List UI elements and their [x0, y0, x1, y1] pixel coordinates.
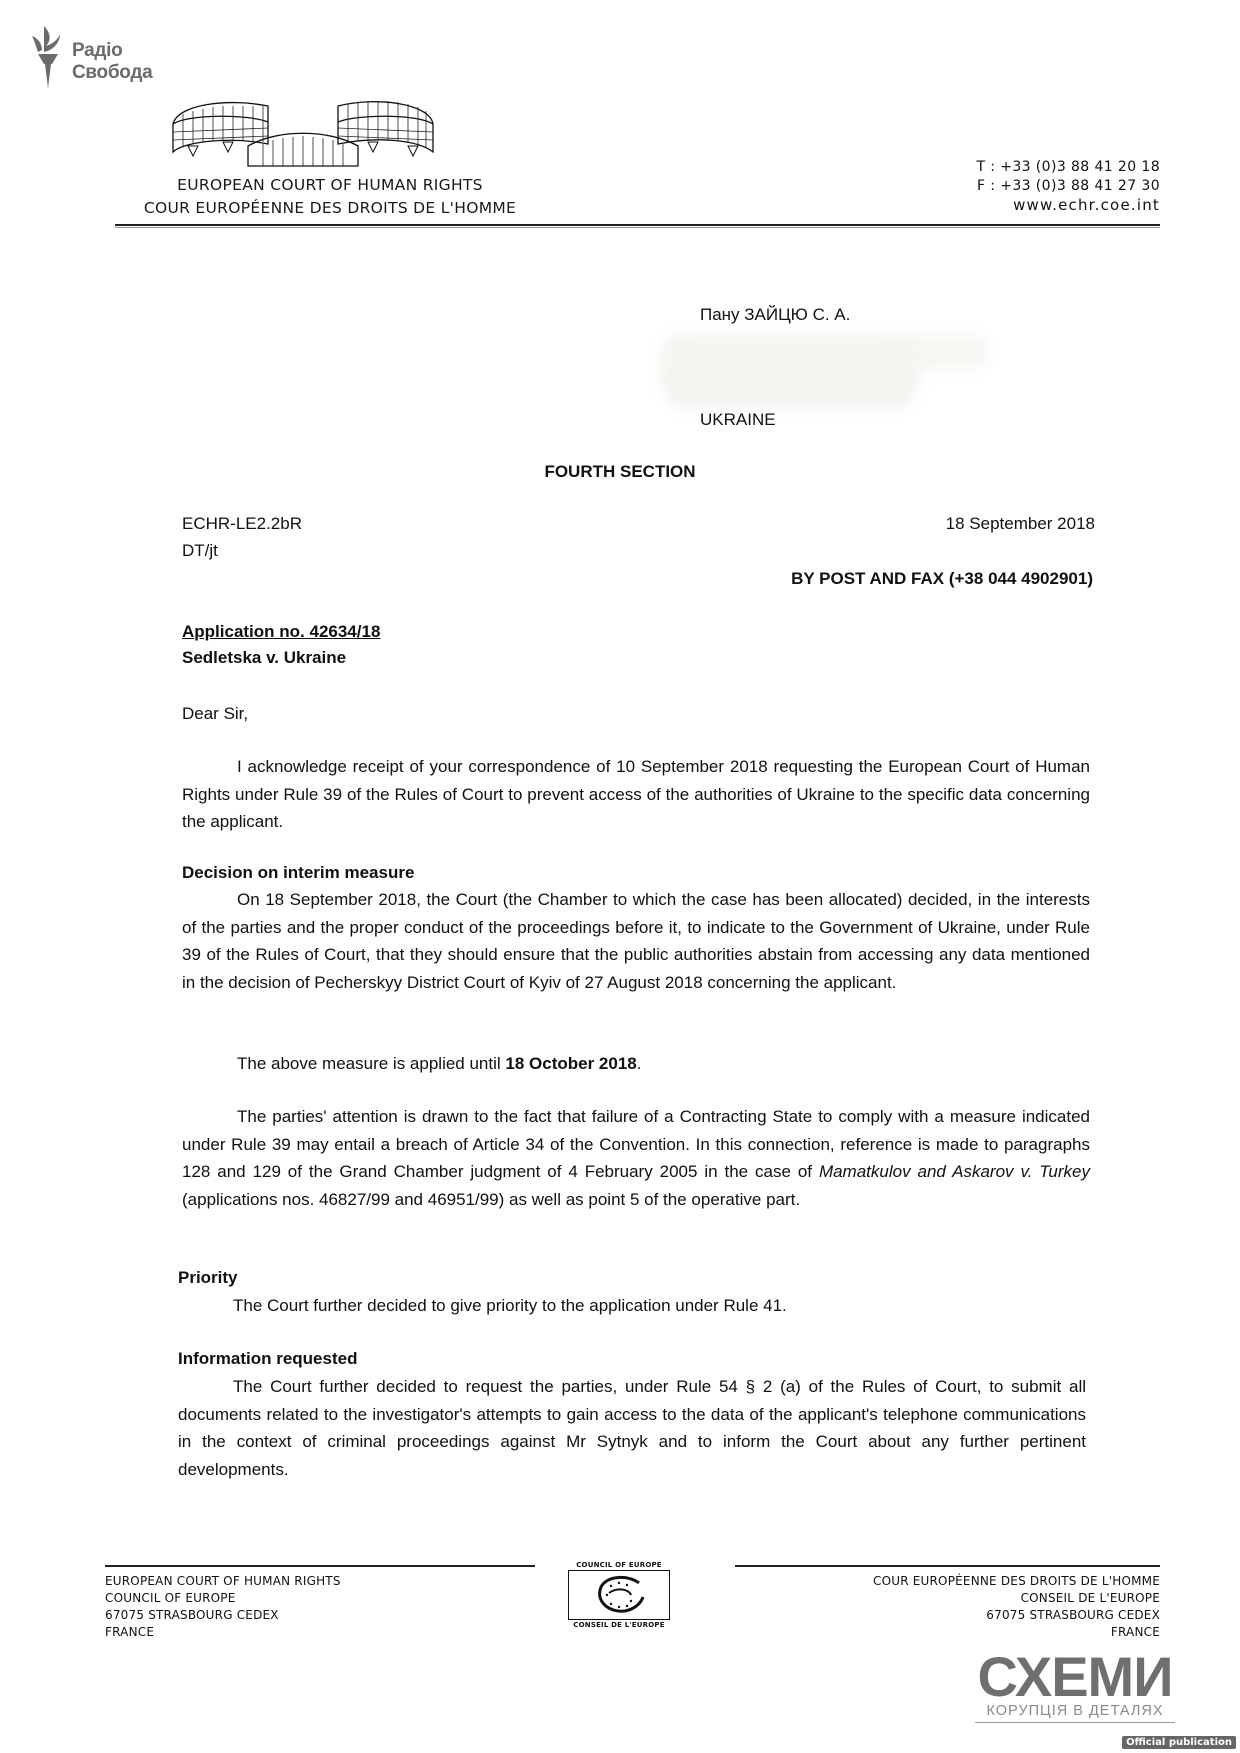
heading-decision: Decision on interim measure: [182, 863, 414, 883]
paragraph-priority: The Court further decided to give priori…: [178, 1292, 1086, 1320]
coe-emblem-icon: [569, 1571, 669, 1619]
section-heading: FOURTH SECTION: [0, 462, 1240, 482]
coe-caption-en: COUNCIL OF EUROPE: [565, 1561, 673, 1569]
salutation: Dear Sir,: [182, 704, 248, 724]
shemy-watermark: СХЕМИ КОРУПЦІЯ В ДЕТАЛЯХ: [975, 1652, 1175, 1723]
footer-address-english: EUROPEAN COURT OF HUMAN RIGHTS COUNCIL O…: [105, 1573, 341, 1641]
court-building-emblem: [168, 84, 438, 174]
coe-caption-fr: CONSEIL DE L'EUROPE: [565, 1621, 673, 1629]
cited-case: Mamatkulov and Askarov v. Turkey: [819, 1162, 1090, 1181]
shemy-subtitle: КОРУПЦІЯ В ДЕТАЛЯХ: [975, 1702, 1175, 1723]
court-name-french: COUR EUROPÉENNE DES DROITS DE L'HOMME: [100, 199, 560, 217]
footer-divider-right: [735, 1565, 1160, 1567]
addressee-country: UKRAINE: [700, 410, 776, 430]
redacted-address-block: [660, 340, 920, 410]
case-title: Sedletska v. Ukraine: [182, 648, 346, 668]
addressee-name: Пану ЗАЙЦЮ С. А.: [700, 305, 850, 325]
official-publication-badge: Official publication: [1122, 1736, 1236, 1749]
paragraph-attention: The parties' attention is drawn to the f…: [182, 1103, 1090, 1213]
phone-number: T : +33 (0)3 88 41 20 18: [976, 158, 1160, 177]
court-contacts: T : +33 (0)3 88 41 20 18 F : +33 (0)3 88…: [976, 158, 1160, 215]
shemy-title: СХЕМИ: [975, 1652, 1175, 1702]
header-divider-thin: [115, 227, 1160, 228]
measure-end-date: 18 October 2018: [505, 1054, 636, 1073]
reference-code: ECHR-LE2.2bR: [182, 514, 302, 534]
heading-information-requested: Information requested: [178, 1349, 357, 1369]
reference-initials: DT/jt: [182, 541, 218, 561]
letter-date: 18 September 2018: [946, 514, 1095, 534]
radio-svoboda-line1: Радіо: [72, 40, 152, 62]
radio-svoboda-line2: Свобода: [72, 62, 152, 84]
delivery-method: BY POST AND FAX (+38 044 4902901): [791, 569, 1093, 589]
paragraph-measure-duration: The above measure is applied until 18 Oc…: [182, 1050, 1090, 1078]
court-name-english: EUROPEAN COURT OF HUMAN RIGHTS: [100, 176, 560, 194]
paragraph-information-requested: The Court further decided to request the…: [178, 1373, 1086, 1483]
header-divider: [115, 224, 1160, 226]
website: www.echr.coe.int: [976, 196, 1160, 215]
application-number: Application no. 42634/18: [182, 622, 380, 642]
paragraph-acknowledgement: I acknowledge receipt of your correspond…: [182, 753, 1090, 836]
footer-address-french: COUR EUROPÉENNE DES DROITS DE L'HOMME CO…: [873, 1573, 1160, 1641]
heading-priority: Priority: [178, 1268, 238, 1288]
footer-divider-left: [105, 1565, 535, 1567]
fax-number: F : +33 (0)3 88 41 27 30: [976, 177, 1160, 196]
radio-svoboda-logo: Радіо Свобода: [30, 22, 170, 92]
torch-icon: [30, 22, 70, 92]
council-of-europe-logo: COUNCIL OF EUROPE CONSEIL DE L'EUROPE: [565, 1561, 673, 1633]
paragraph-decision: On 18 September 2018, the Court (the Cha…: [182, 886, 1090, 996]
